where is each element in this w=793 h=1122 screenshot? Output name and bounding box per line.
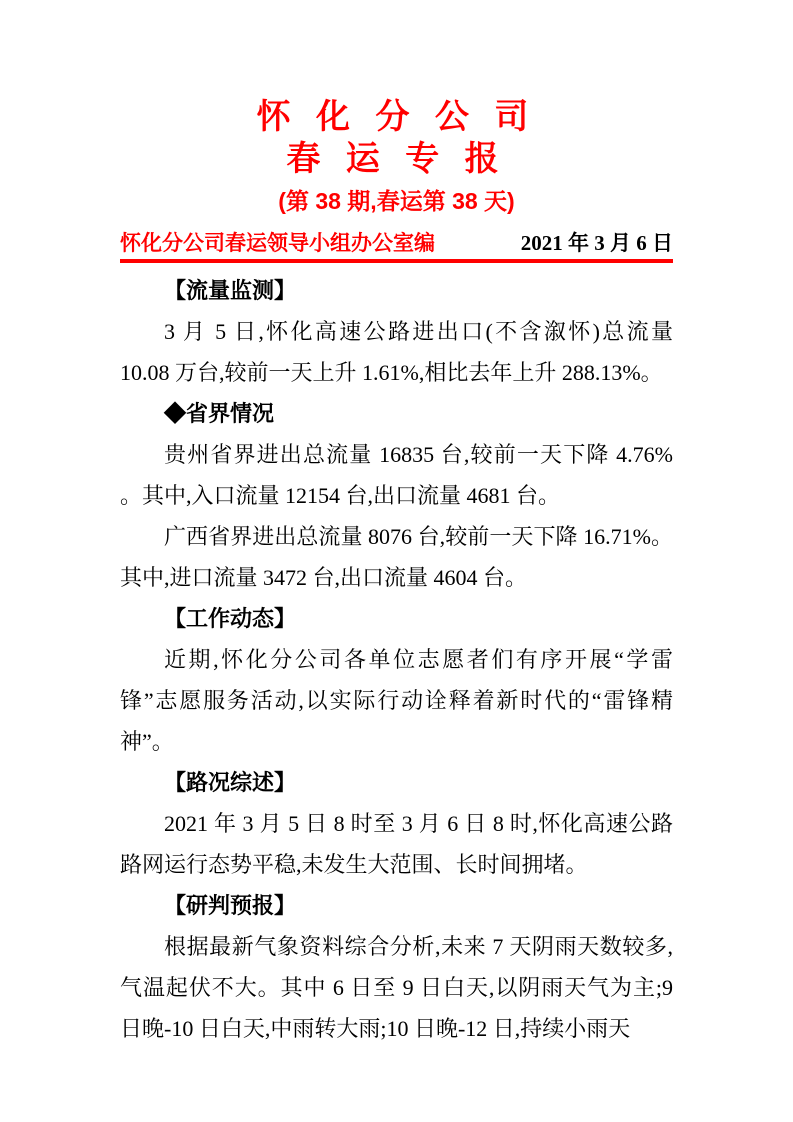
document-page: 怀 化 分 公 司 春 运 专 报 (第 38 期,春运第 38 天) 怀化分公…	[0, 0, 793, 1122]
red-divider-rule	[120, 259, 673, 263]
paragraph-guangxi-border: 广西省界进出总流量 8076 台,较前一天下降 16.71%。其中,进口流量 3…	[120, 516, 673, 598]
issue-line: (第 38 期,春运第 38 天)	[120, 186, 673, 216]
paragraph-forecast: 根据最新气象资料综合分析,未来 7 天阴雨天数较多,气温起伏不大。其中 6 日至…	[120, 926, 673, 1049]
editor-label: 怀化分公司春运领导小组办公室编	[120, 230, 435, 256]
doc-title-line1: 怀 化 分 公 司	[120, 96, 673, 138]
section-heading-forecast: 【研判预报】	[120, 885, 673, 926]
section-heading-traffic-monitor: 【流量监测】	[120, 270, 673, 311]
paragraph-work-updates: 近期,怀化分公司各单位志愿者们有序开展“学雷锋”志愿服务活动,以实际行动诠释着新…	[120, 639, 673, 762]
paragraph-road-summary: 2021 年 3 月 5 日 8 时至 3 月 6 日 8 时,怀化高速公路路网…	[120, 803, 673, 885]
publish-date: 2021 年 3 月 6 日	[521, 230, 673, 256]
section-heading-work-updates: 【工作动态】	[120, 598, 673, 639]
paragraph-traffic-monitor: 3 月 5 日,怀化高速公路进出口(不含溆怀)总流量 10.08 万台,较前一天…	[120, 311, 673, 393]
section-heading-road-summary: 【路况综述】	[120, 762, 673, 803]
document-body: 【流量监测】 3 月 5 日,怀化高速公路进出口(不含溆怀)总流量 10.08 …	[120, 270, 673, 1049]
paragraph-guizhou-border: 贵州省界进出总流量 16835 台,较前一天下降 4.76% 。其中,入口流量 …	[120, 434, 673, 516]
meta-row: 怀化分公司春运领导小组办公室编 2021 年 3 月 6 日	[120, 230, 673, 256]
doc-title-line2: 春 运 专 报	[120, 138, 673, 180]
section-heading-province-border: ◆省界情况	[120, 393, 673, 434]
